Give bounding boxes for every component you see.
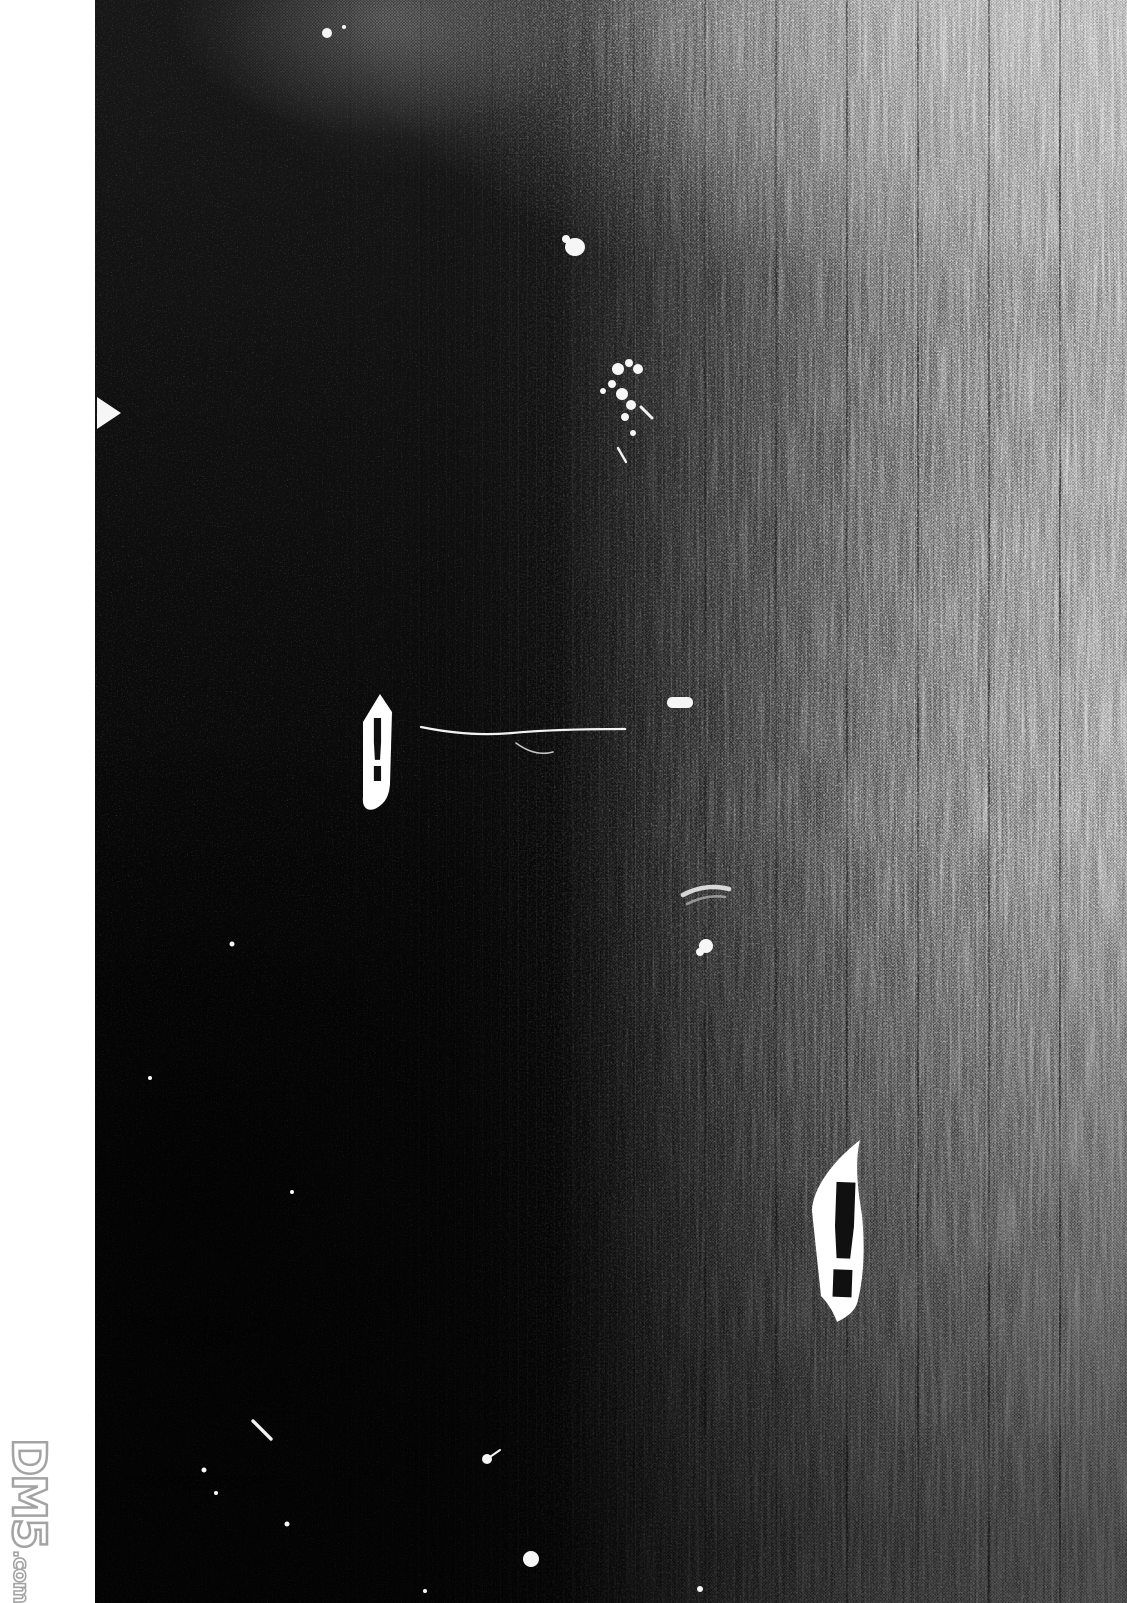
exclamation-text: ! [816,1150,872,1335]
exclamation-text: ! [368,701,387,802]
white-scratch-lines [253,407,729,1459]
manga-page: ! ! DM5 .com [0,0,1127,1603]
speech-bubble-large: ! [812,1140,872,1335]
edge-triangle-mark [97,397,121,429]
ink-marks-overlay: ! ! [0,0,1127,1603]
speech-bubble-small: ! [363,694,392,810]
white-speck-marks [97,25,713,1593]
